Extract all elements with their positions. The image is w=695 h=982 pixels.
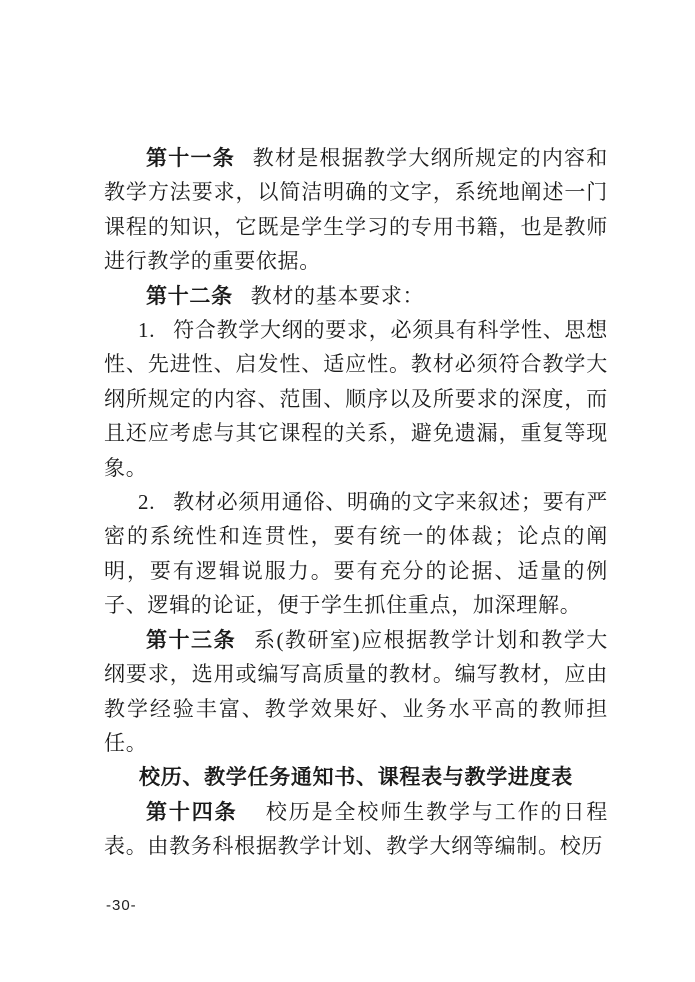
article-14-paragraph: 第十四条校历是全校师生教学与工作的日程表。由教务科根据教学计划、教学大纲等编制。…: [104, 795, 608, 864]
text-block: 第十一条教材是根据教学大纲所规定的内容和教学方法要求，以简洁明确的文字，系统地阐…: [104, 141, 608, 864]
requirement-item-2-text: 教材必须用通俗、明确的文字来叙述；要有严密的系统性和连贯性，要有统一的体裁；论点…: [104, 490, 608, 617]
article-13-label: 第十三条: [146, 628, 236, 652]
section-heading: 校历、教学任务通知书、课程表与教学进度表: [104, 760, 608, 794]
article-12-paragraph: 第十二条教材的基本要求：: [104, 279, 608, 313]
page-number: -30-: [106, 897, 137, 914]
document-page: 第十一条教材是根据教学大纲所规定的内容和教学方法要求，以简洁明确的文字，系统地阐…: [0, 0, 695, 982]
article-12-text: 教材的基本要求：: [251, 284, 425, 308]
article-13-paragraph: 第十三条系(教研室)应根据教学计划和教学大纲要求，选用或编写高质量的教材。编写教…: [104, 623, 608, 761]
requirement-item-1: 1.符合教学大纲的要求，必须具有科学性、思想性、先进性、启发性、适应性。教材必须…: [104, 313, 608, 485]
article-14-label: 第十四条: [146, 800, 238, 824]
article-12-label: 第十二条: [146, 284, 233, 308]
article-11-paragraph: 第十一条教材是根据教学大纲所规定的内容和教学方法要求，以简洁明确的文字，系统地阐…: [104, 141, 608, 279]
requirement-item-2-number: 2.: [138, 490, 155, 514]
requirement-item-2: 2.教材必须用通俗、明确的文字来叙述；要有严密的系统性和连贯性，要有统一的体裁；…: [104, 485, 608, 623]
article-11-label: 第十一条: [146, 146, 235, 170]
requirement-item-1-number: 1.: [138, 318, 155, 342]
requirement-item-1-text: 符合教学大纲的要求，必须具有科学性、思想性、先进性、启发性、适应性。教材必须符合…: [104, 318, 608, 480]
